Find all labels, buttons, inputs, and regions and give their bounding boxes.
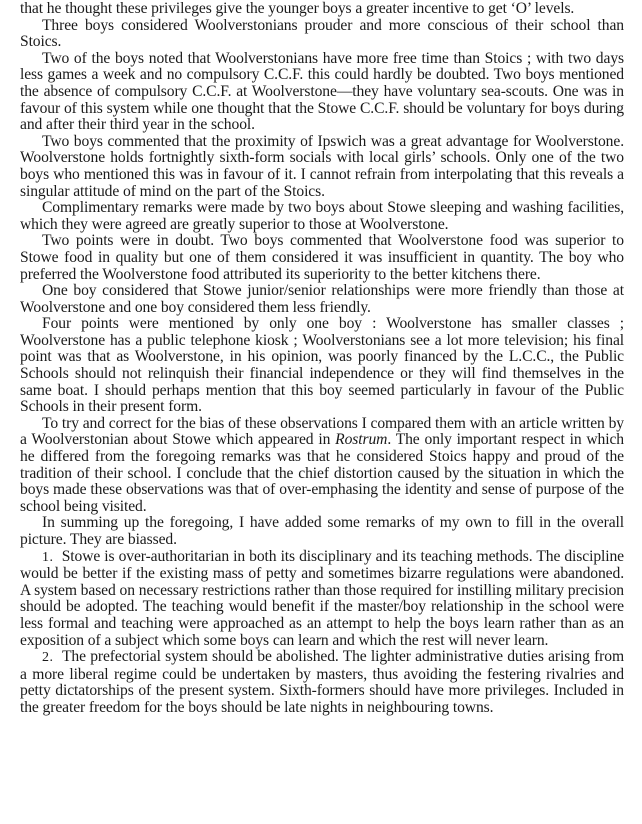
paragraph-facilities: Complimentary remarks were made by two b… bbox=[20, 200, 624, 233]
paragraph-school-pride: Three boys considered Woolverstonians pr… bbox=[20, 18, 624, 51]
point-number: 1. bbox=[42, 550, 54, 565]
paragraph-free-time-ccf: Two of the boys noted that Woolverstonia… bbox=[20, 51, 624, 134]
paragraph-continuation: that he thought these privileges give th… bbox=[20, 1, 624, 18]
point-text: The prefectorial system should be abolis… bbox=[20, 648, 624, 716]
paragraph-four-points: Four points were mentioned by only one b… bbox=[20, 316, 624, 416]
numbered-point-1: 1. Stowe is over-authoritarian in both i… bbox=[20, 549, 624, 650]
point-text: Stowe is over-authoritarian in both its … bbox=[20, 548, 624, 649]
paragraph-relationships: One boy considered that Stowe junior/sen… bbox=[20, 283, 624, 316]
paragraph-food: Two points were in doubt. Two boys comme… bbox=[20, 233, 624, 283]
paragraph-ipswich: Two boys commented that the proximity of… bbox=[20, 134, 624, 200]
paragraph-summing-up: In summing up the foregoing, I have adde… bbox=[20, 515, 624, 548]
numbered-point-2: 2. The prefectorial system should be abo… bbox=[20, 649, 624, 716]
document-page: that he thought these privileges give th… bbox=[20, 1, 624, 717]
rostrum-title: Rostrum bbox=[335, 431, 387, 448]
point-number: 2. bbox=[42, 650, 54, 665]
paragraph-rostrum-article: To try and correct for the bias of these… bbox=[20, 416, 624, 516]
